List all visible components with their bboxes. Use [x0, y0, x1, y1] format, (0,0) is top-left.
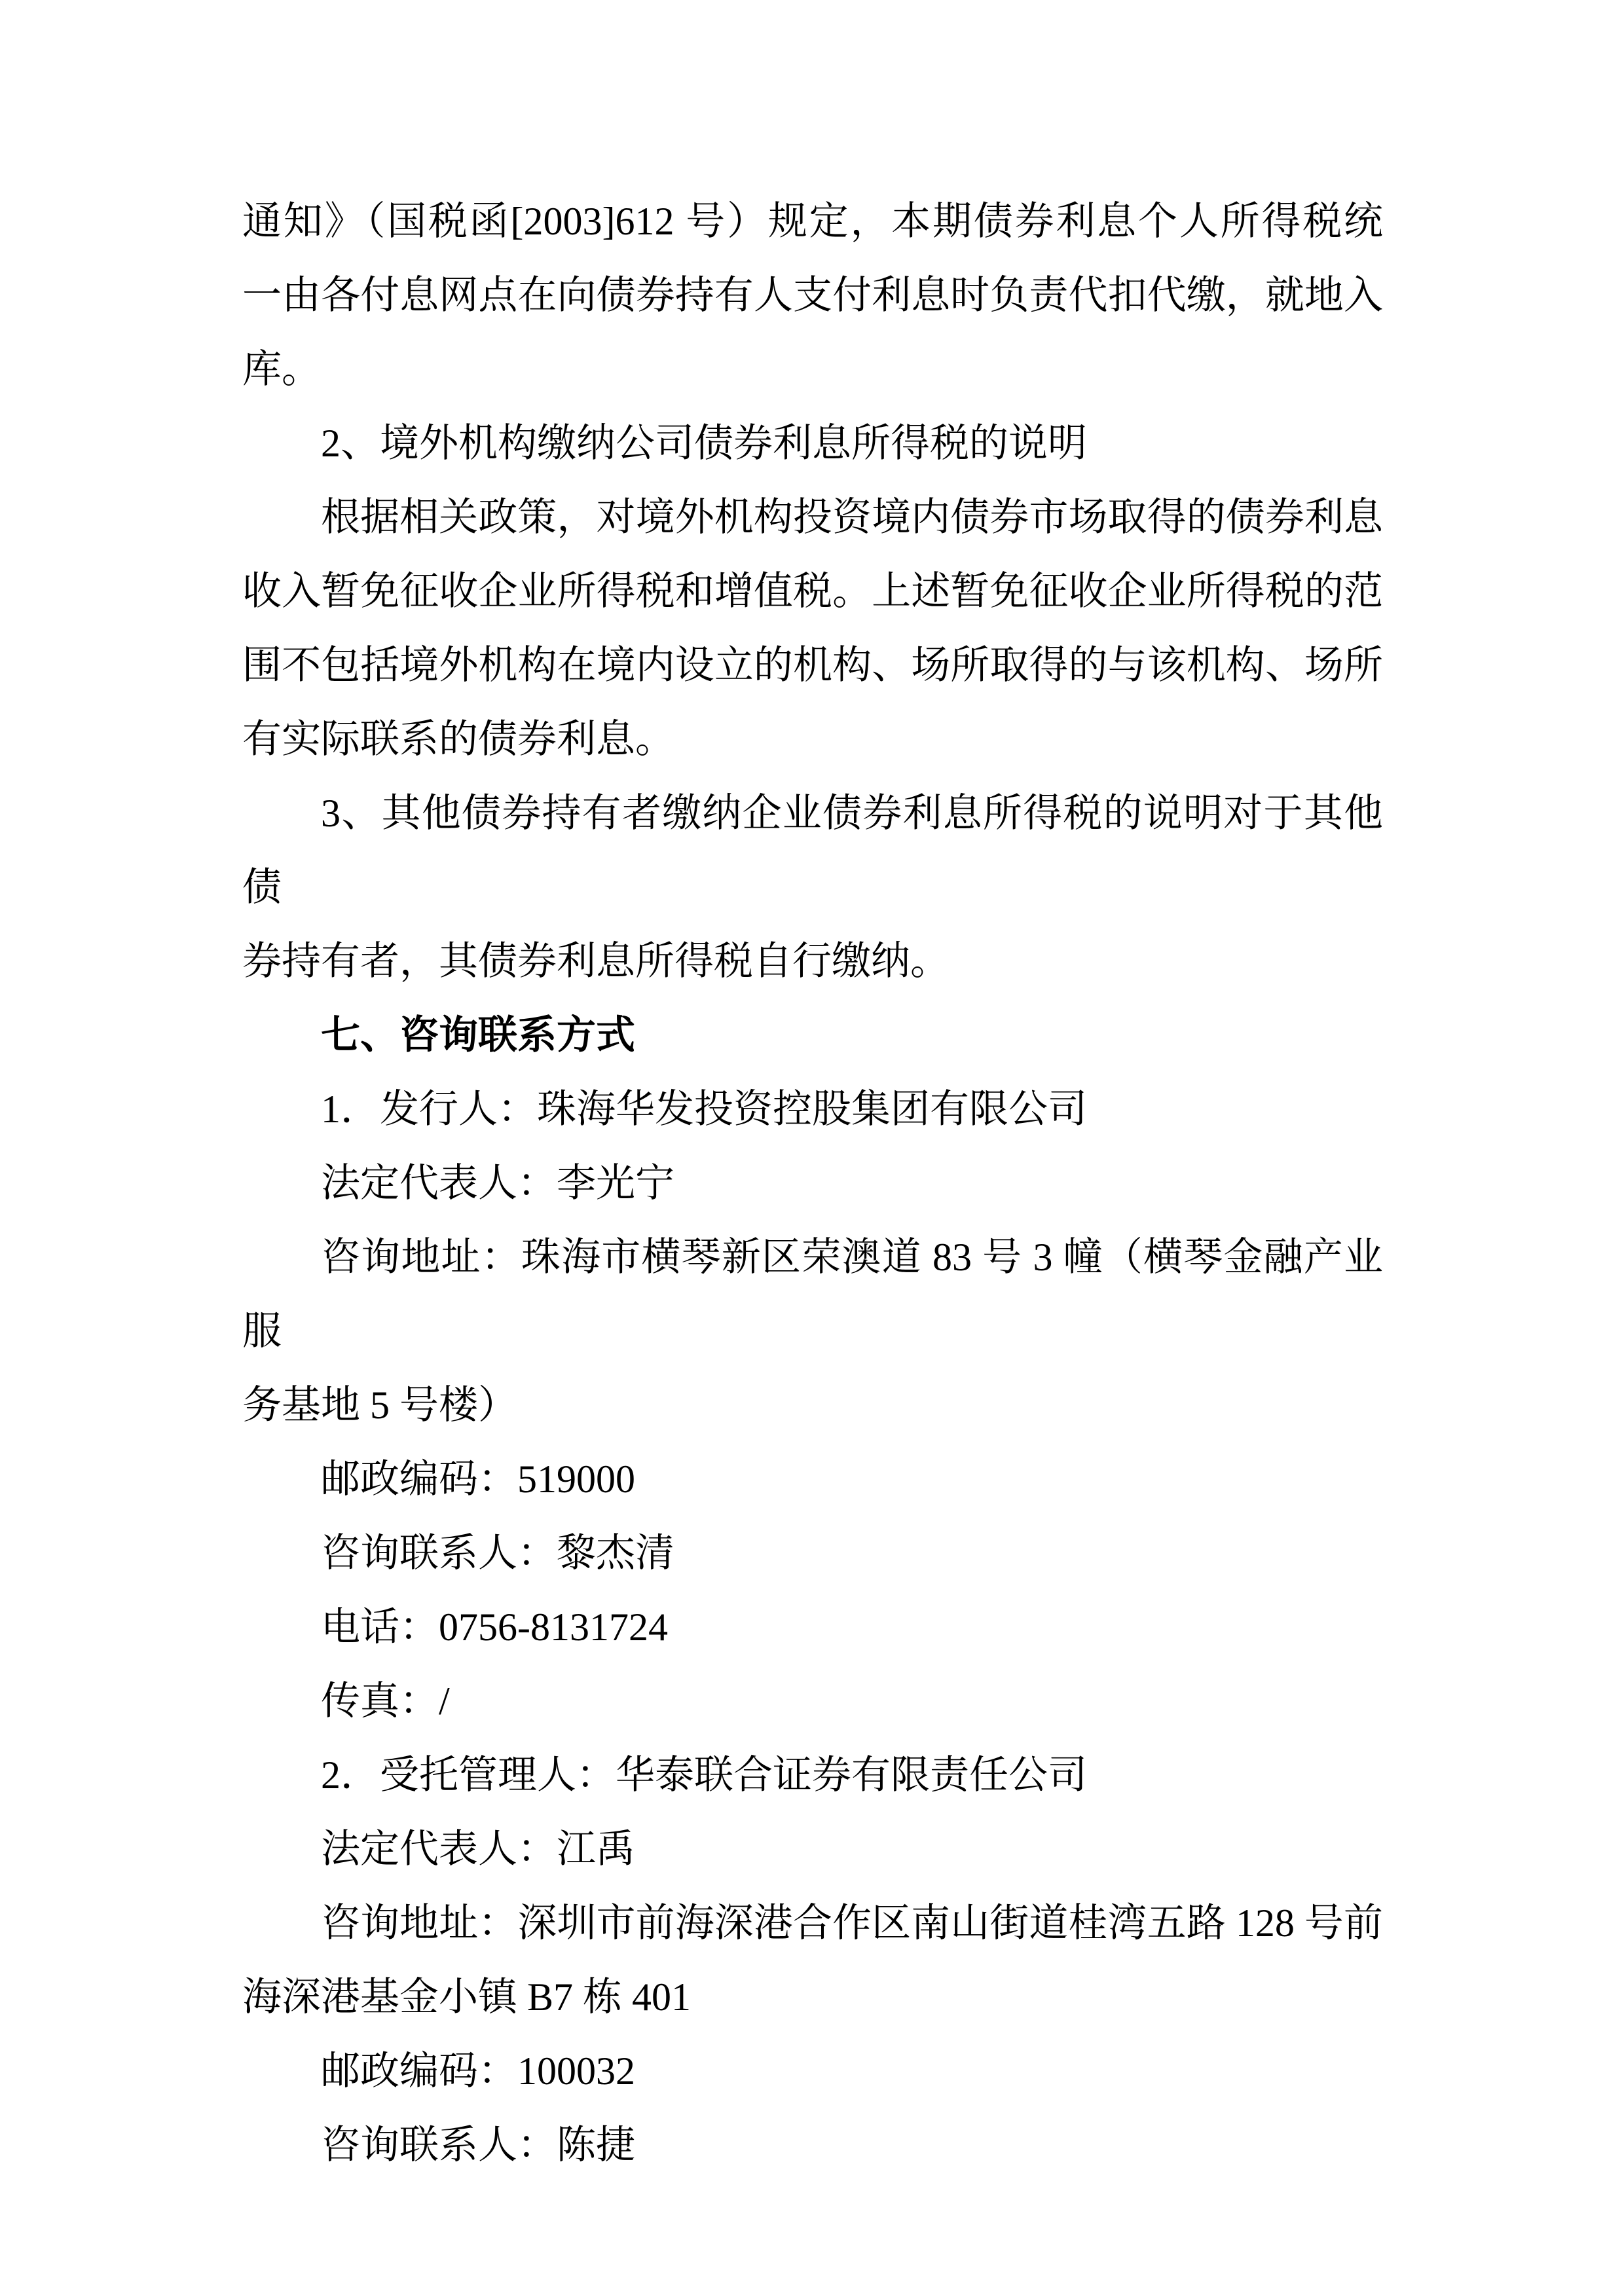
text-line: 围不包括境外机构在境内设立的机构、场所取得的与该机构、场所: [242, 629, 1383, 703]
issuer-name-line: 1．发行人：珠海华发投资控股集团有限公司: [242, 1073, 1383, 1147]
phone-line: 电话：0756-8131724: [242, 1590, 1383, 1664]
contact-person-line: 咨询联系人：陈捷: [242, 2108, 1383, 2182]
text-line: 券持有者，其债券利息所得税自行缴纳。: [242, 925, 1383, 999]
trustee-name-line: 2．受托管理人：华泰联合证券有限责任公司: [242, 1738, 1383, 1812]
fax-line: 传真：/: [242, 1664, 1383, 1738]
list-item-heading: 3、其他债券持有者缴纳企业债券利息所得税的说明对于其他债: [242, 777, 1383, 925]
address-line: 海深港基金小镇 B7 栋 401: [242, 1960, 1383, 2034]
postal-code-line: 邮政编码：519000: [242, 1442, 1383, 1516]
legal-representative-line: 法定代表人：江禹: [242, 1812, 1383, 1886]
address-line: 咨询地址：深圳市前海深港合作区南山街道桂湾五路 128 号前: [242, 1886, 1383, 1960]
text-line: 有实际联系的债券利息。: [242, 703, 1383, 777]
text-line: 库。: [242, 333, 1383, 407]
document-body: 通知》（国税函[2003]612 号）规定，本期债券利息个人所得税统 一由各付息…: [242, 185, 1383, 2182]
address-line: 务基地 5 号楼）: [242, 1368, 1383, 1442]
address-line: 咨询地址：珠海市横琴新区荣澳道 83 号 3 幢（横琴金融产业服: [242, 1221, 1383, 1368]
contact-person-line: 咨询联系人：黎杰清: [242, 1516, 1383, 1590]
section-heading: 七、咨询联系方式: [242, 999, 1383, 1073]
legal-representative-line: 法定代表人：李光宁: [242, 1147, 1383, 1221]
postal-code-line: 邮政编码：100032: [242, 2034, 1383, 2108]
text-line: 一由各付息网点在向债券持有人支付利息时负责代扣代缴，就地入: [242, 259, 1383, 333]
text-line: 根据相关政策，对境外机构投资境内债券市场取得的债券利息: [242, 481, 1383, 555]
text-line: 通知》（国税函[2003]612 号）规定，本期债券利息个人所得税统: [242, 185, 1383, 259]
list-item-heading: 2、境外机构缴纳公司债券利息所得税的说明: [242, 407, 1383, 481]
document-page: 通知》（国税函[2003]612 号）规定，本期债券利息个人所得税统 一由各付息…: [0, 0, 1624, 2295]
text-line: 收入暂免征收企业所得税和增值税。上述暂免征收企业所得税的范: [242, 555, 1383, 629]
